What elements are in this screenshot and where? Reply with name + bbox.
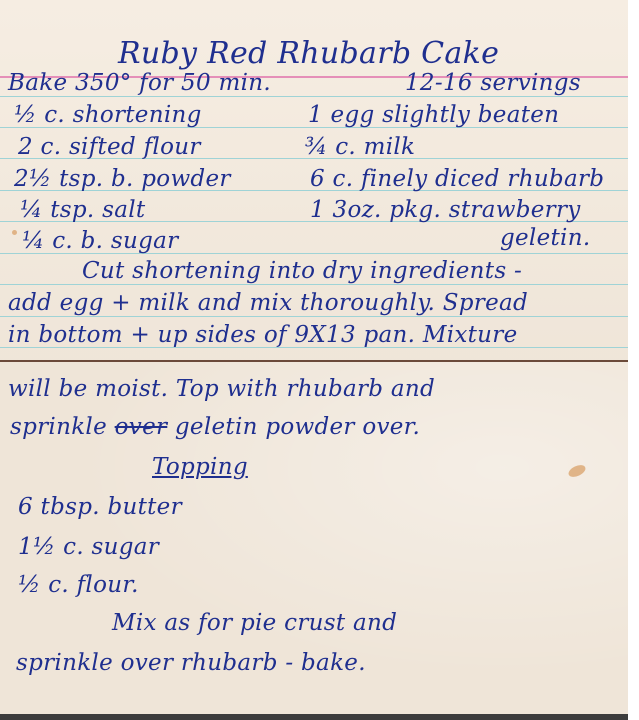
- topping-ingredient: 6 tbsp. butter: [18, 494, 182, 520]
- sprinkle-text: sprinkle: [10, 414, 107, 440]
- direction-line: will be moist. Top with rhubarb and: [8, 376, 435, 402]
- recipe-title: Ruby Red Rhubarb Cake: [118, 36, 499, 71]
- recipe-card-front: Ruby Red Rhubarb Cake Bake 350° for 50 m…: [0, 0, 628, 362]
- recipe-card-back: will be moist. Top with rhubarb and spri…: [0, 362, 628, 720]
- stain: [567, 463, 588, 480]
- ingredient: ¾ c. milk: [305, 134, 415, 160]
- ingredient: ½ c. shortening: [14, 102, 202, 128]
- ingredient: geletin.: [500, 225, 590, 251]
- servings: 12-16 servings: [405, 70, 581, 96]
- ingredient: ¼ tsp. salt: [20, 197, 145, 223]
- direction-line: in bottom + up sides of 9X13 pan. Mixtur…: [8, 322, 518, 348]
- topping-ingredient: 1½ c. sugar: [18, 534, 159, 560]
- blue-rule: [0, 284, 628, 285]
- direction-line: add egg + milk and mix thoroughly. Sprea…: [8, 290, 528, 316]
- topping-direction: sprinkle over rhubarb - bake.: [16, 650, 366, 676]
- topping-direction: Mix as for pie crust and: [112, 610, 397, 636]
- ingredient: 6 c. finely diced rhubarb: [310, 166, 604, 192]
- bake-instructions: Bake 350° for 50 min.: [8, 70, 271, 96]
- ingredient: 2 c. sifted flour: [18, 134, 201, 160]
- ingredient: 1 3oz. pkg. strawberry: [310, 197, 581, 223]
- blue-rule: [0, 316, 628, 317]
- ingredient: 2½ tsp. b. powder: [14, 166, 231, 192]
- direction-line: sprinkle over geletin powder over.: [10, 414, 420, 440]
- struck-out-word: over: [115, 414, 168, 440]
- topping-heading: Topping: [152, 454, 248, 480]
- stain: [12, 230, 17, 235]
- blue-rule: [0, 96, 628, 97]
- topping-ingredient: ½ c. flour.: [18, 572, 139, 598]
- sprinkle-text-end: geletin powder over.: [175, 414, 420, 440]
- ingredient: ¼ c. b. sugar: [22, 228, 178, 254]
- direction-line: Cut shortening into dry ingredients -: [82, 258, 522, 284]
- ingredient: 1 egg slightly beaten: [308, 102, 559, 128]
